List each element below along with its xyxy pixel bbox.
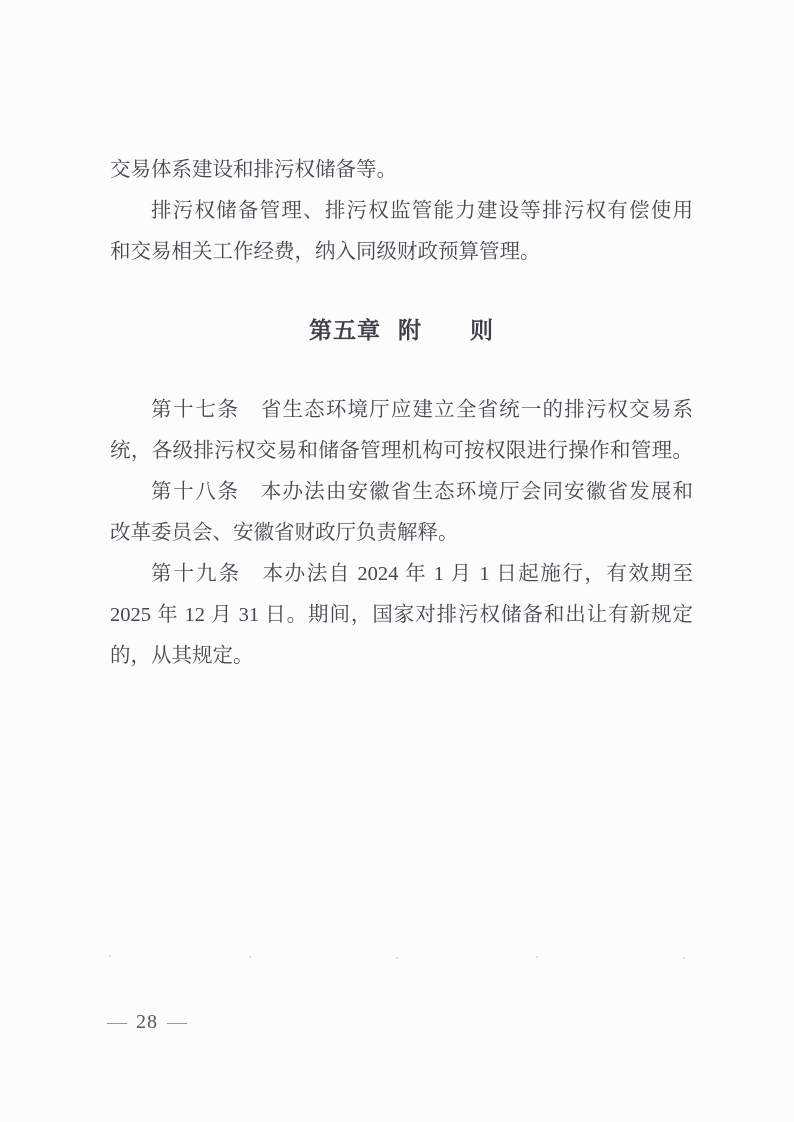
scan-speck [536,956,538,958]
article-18-text: 本办法由安徽省生态环境厅会同安徽省发展和 [260,481,693,503]
article-19-label: 第十九条 [151,563,241,585]
scan-speck [109,955,111,957]
document-body: 交易体系建设和排污权储备等。 排污权储备管理、排污权监管能力建设等排污权有偿使用… [110,150,693,677]
scan-speck [683,957,685,959]
article-17-line-1: 第十七条省生态环境厅应建立全省统一的排污权交易系 [110,390,693,431]
article-19-line-2: 2025 年 12 月 31 日。期间，国家对排污权储备和出让有新规定 [110,595,693,636]
document-page: 交易体系建设和排污权储备等。 排污权储备管理、排污权监管能力建设等排污权有偿使用… [0,0,794,1122]
body-line: 和交易相关工作经费，纳入同级财政预算管理。 [110,232,693,273]
chapter-number: 第五章 [309,317,381,343]
article-19-line-1: 第十九条本办法自 2024 年 1 月 1 日起施行，有效期至 [110,554,693,595]
page-footer: —28— [107,1010,187,1034]
label-gap [240,497,260,498]
label-gap [241,579,261,580]
body-line: 交易体系建设和排污权储备等。 [110,150,693,191]
article-18-line-2: 改革委员会、安徽省财政厅负责解释。 [110,513,693,554]
footer-dash-left: — [107,1011,127,1033]
article-17-line-2: 统，各级排污权交易和储备管理机构可按权限进行操作和管理。 [110,431,693,472]
article-18-line-1: 第十八条本办法由安徽省生态环境厅会同安徽省发展和 [110,472,693,513]
chapter-heading: 第五章附 则 [110,310,693,351]
body-line: 排污权储备管理、排污权监管能力建设等排污权有偿使用 [110,191,693,232]
article-19-text: 本办法自 2024 年 1 月 1 日起施行，有效期至 [261,563,693,585]
scan-speck [396,957,398,959]
footer-dash-right: — [167,1011,187,1033]
scan-speck [249,956,251,958]
label-gap [240,415,260,416]
article-17-text: 省生态环境厅应建立全省统一的排污权交易系 [260,399,693,421]
article-19-line-3: 的，从其规定。 [110,636,693,677]
article-18-label: 第十八条 [151,481,240,503]
footer-page-number: 28 [136,1011,158,1033]
chapter-title: 附 则 [398,317,494,343]
article-17-label: 第十七条 [151,399,240,421]
